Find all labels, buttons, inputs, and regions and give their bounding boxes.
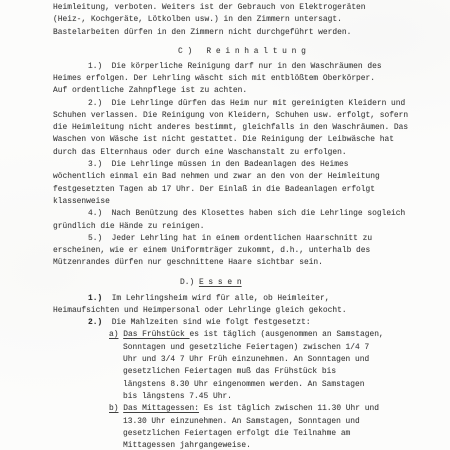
list-item-continuation-line: Sonntagen und gesetzliche Feiertagen) zw… <box>123 342 450 354</box>
section-heading-d: D.) E s s e n <box>180 277 450 289</box>
bold-text: 1.) <box>88 294 102 303</box>
paragraph-first-line: 5.) Jeder Lehrling hat in einem ordentli… <box>88 233 450 245</box>
text-line: erscheinen, wie er einem Uniformträger z… <box>53 245 450 257</box>
list-item-continuation-line: gesetzlichen Feiertagen muß das Frühstüc… <box>123 366 450 378</box>
bold-text: 2.) <box>88 318 102 327</box>
text-line: die Heimleitung nicht anderes bestimmt, … <box>53 122 450 134</box>
text-line: Mützenrandes dürfen nur geschnittene Haa… <box>53 257 450 269</box>
list-item-continuation-line: 13.30 Uhr einzunehmen. An Samstagen, Son… <box>123 416 450 428</box>
text-line: festgesetzten Tagen ab 17 Uhr. Der Einla… <box>53 184 450 196</box>
list-item-line: a) Das Frühstück es ist täglich (ausgeno… <box>109 329 450 341</box>
list-item-continuation-line: gesetzlichen Feiertagen erfolgt die Teil… <box>123 428 450 440</box>
paragraph-first-line: 2.) Die Lehrlinge dürfen das Heim nur mi… <box>88 98 450 110</box>
text-line: Waschen von Wäsche ist nicht gestattet. … <box>53 134 450 146</box>
paragraph-first-line: 1.) Im Lehrlingsheim wird für alle, ob H… <box>88 293 450 305</box>
text-line: wöchentlich einmal ein Bad nehmen und zw… <box>53 171 450 183</box>
text-line: klassenweise <box>53 196 450 208</box>
list-item-continuation-line: bis längstens 7.45 Uhr. <box>123 391 450 403</box>
text-line: Auf ordentliche Zahnpflege ist zu achten… <box>53 85 450 97</box>
list-item-continuation-line: Mittagessen jahrgangeweise. <box>123 440 450 450</box>
text-line: Bastelarbeiten dürfen in den Zimmern nic… <box>53 27 450 39</box>
text-line: (Heiz-, Kochgeräte, Lötkolben usw.) in d… <box>53 14 450 26</box>
underlined-text: Das Mittagessen: <box>123 404 199 413</box>
paragraph-first-line: 2.) Die Mahlzeiten sind wie folgt festge… <box>88 317 450 329</box>
paragraph-first-line: 1.) Die körperliche Reinigung darf nur i… <box>88 61 450 73</box>
paragraph-first-line: 4.) Nach Benützung des Klosettes haben s… <box>88 208 450 220</box>
paragraph-first-line: 3.) Die Lehrlinge müssen in den Badeanla… <box>88 159 450 171</box>
text-line: Heimaufsichten und Heimpersonal oder Leh… <box>53 305 450 317</box>
plain-text: es ist täglich (ausgenommen an Samstagen… <box>190 330 384 339</box>
document-text-block: Heimleitung, verboten. Weiters ist der G… <box>0 0 450 450</box>
text-line: durch das Elternhaus oder durch eine Was… <box>53 147 450 159</box>
underlined-text: Das Frühstück <box>123 330 189 339</box>
text-line: Heimleitung, verboten. Weiters ist der G… <box>53 2 450 14</box>
plain-text: Im Lehrlingsheim wird für alle, ob Heiml… <box>102 294 329 303</box>
text-line: Heimes erfolgen. Der Lehrling wäscht sic… <box>53 73 450 85</box>
list-item-continuation-line: längstens 8.30 Uhr eingenommen werden. A… <box>123 379 450 391</box>
section-heading-c: C ) R e i n h a l t u n g <box>178 46 450 58</box>
text-line: Schuhen verlassen. Die Reinigung von Kle… <box>53 110 450 122</box>
plain-text: D.) <box>180 278 199 287</box>
underlined-text: E s s e n <box>199 278 242 287</box>
plain-text: Die Mahlzeiten sind wie folgt festgesetz… <box>102 318 310 327</box>
list-item-continuation-line: Uhr und 3/4 7 Uhr Früh einzunehmen. An S… <box>123 354 450 366</box>
plain-text: Es ist täglich zwischen 11.30 Uhr und <box>199 404 379 413</box>
text-line: gründlich die Hände zu reinigen. <box>53 221 450 233</box>
list-item-line: b) Das Mittagessen: Es ist täglich zwisc… <box>109 403 450 415</box>
scanned-document-page: Heimleitung, verboten. Weiters ist der G… <box>0 0 450 450</box>
